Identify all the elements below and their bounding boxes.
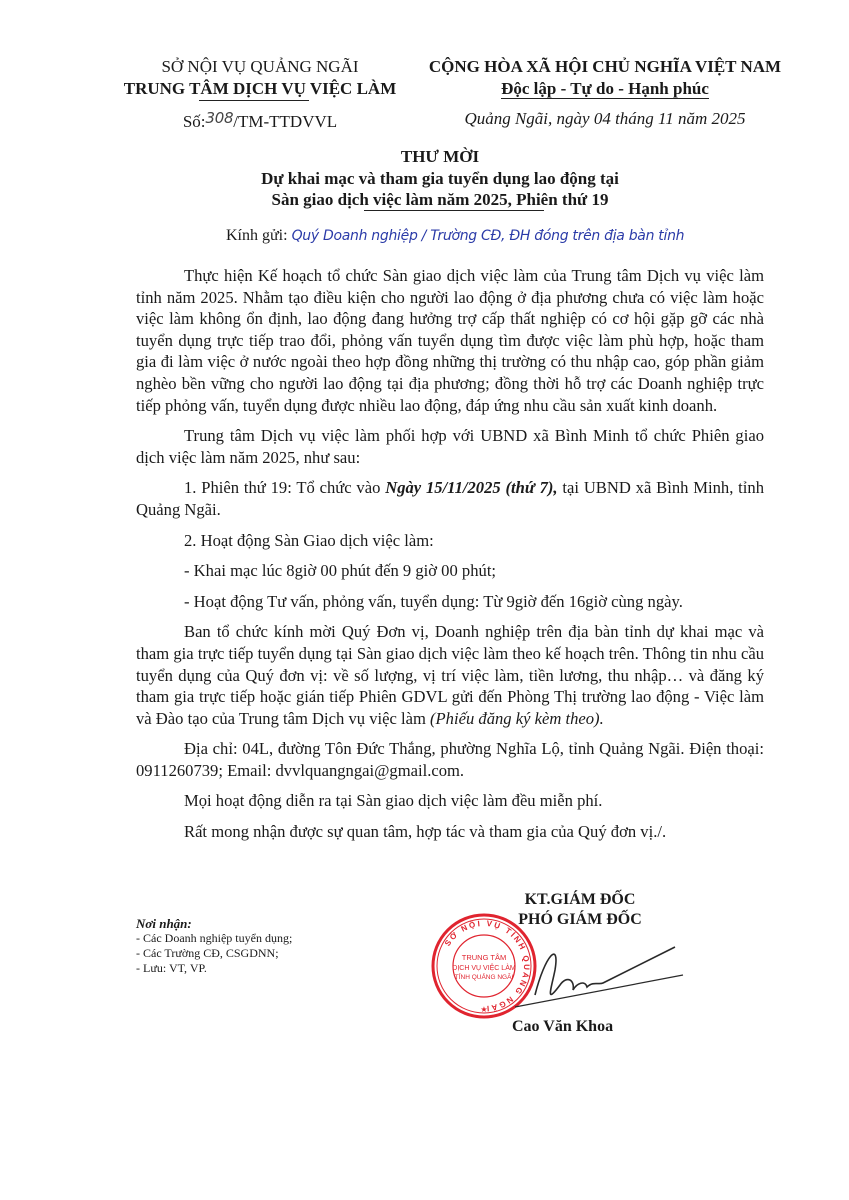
activity-opening: - Khai mạc lúc 8giờ 00 phút đến 9 giờ 00… [136,560,764,582]
document-type: THƯ MỜI [150,146,730,168]
recipients-list: Nơi nhận: - Các Doanh nghiệp tuyển dụng;… [136,916,416,976]
issuing-agency-block: SỞ NỘI VỤ QUẢNG NGÃI TRUNG TÂM DỊCH VỤ V… [100,56,420,133]
number-handwritten: 308 [206,109,234,127]
subject-underline [364,210,544,211]
item-activities: 2. Hoạt động Sàn Giao dịch việc làm: [136,530,764,552]
item-session-prefix: 1. Phiên thứ 19: Tổ chức vào [184,478,385,497]
contact-address: Địa chỉ: 04L, đường Tôn Đức Thắng, phườn… [136,738,764,781]
paragraph-free: Mọi hoạt động diễn ra tại Sàn giao dịch … [136,790,764,812]
activity-recruiting: - Hoạt động Tư vấn, phỏng vấn, tuyển dụn… [136,591,764,613]
paragraph-purpose: Thực hiện Kế hoạch tổ chức Sàn giao dịch… [136,265,764,416]
recipient-item: - Các Trường CĐ, CSGDNN; [136,946,416,961]
svg-text:DỊCH VỤ VIỆC LÀM: DỊCH VỤ VIỆC LÀM [452,963,516,972]
recipient-item: - Lưu: VT, VP. [136,961,416,976]
recipients-title: Nơi nhận: [136,916,416,931]
signer-name: Cao Văn Khoa [512,1018,613,1036]
recipient-item: - Các Doanh nghiệp tuyển dụng; [136,931,416,946]
svg-text:TỈNH QUẢNG NGÃI: TỈNH QUẢNG NGÃI [455,972,514,981]
agency-name-text: TRUNG TÂM DỊCH VỤ VIỆC LÀM [124,80,397,98]
paragraph-organizer: Trung tâm Dịch vụ việc làm phối hợp với … [136,425,764,468]
document-number: Số:308/TM-TTDVVL [100,107,420,133]
svg-text:★: ★ [480,1005,487,1014]
svg-text:TRUNG TÂM: TRUNG TÂM [462,953,506,962]
number-prefix: Số: [183,112,206,131]
letter-body: Thực hiện Kế hoạch tổ chức Sàn giao dịch… [136,265,764,852]
national-motto: Độc lập - Tự do - Hạnh phúc [501,80,709,99]
subject-line-1: Dự khai mạc và tham gia tuyển dụng lao đ… [150,168,730,189]
place-date: Quảng Ngãi, ngày 04 tháng 11 năm 2025 [420,108,790,130]
recipient-label: Kính gửi: [226,227,288,244]
paragraph-closing: Rất mong nhận được sự quan tâm, hợp tác … [136,821,764,843]
recipient-handwritten: Quý Doanh nghiệp / Trường CĐ, ĐH đóng tr… [292,228,685,244]
handwritten-signature-icon [515,935,685,1020]
attachment-note: (Phiếu đăng ký kèm theo). [430,709,604,728]
agency-underline [199,100,309,101]
number-suffix: /TM-TTDVVL [233,112,337,131]
item-session: 1. Phiên thứ 19: Tổ chức vào Ngày 15/11/… [136,477,764,520]
agency-name: TRUNG TÂM DỊCH VỤ VIỆC LÀM [100,78,420,100]
signature-role-1: KT.GIÁM ĐỐC [470,890,690,910]
recipient-line: Kính gửi: Quý Doanh nghiệp / Trường CĐ, … [226,227,684,245]
nation-name: CỘNG HÒA XÃ HỘI CHỦ NGHĨA VIỆT NAM [420,56,790,78]
ministry-name: SỞ NỘI VỤ QUẢNG NGÃI [100,56,420,78]
session-date: Ngày 15/11/2025 (thứ 7), [385,478,557,497]
document-title-block: THƯ MỜI Dự khai mạc và tham gia tuyển dụ… [150,146,730,211]
paragraph-invitation: Ban tổ chức kính mời Quý Đơn vị, Doanh n… [136,621,764,729]
national-header-block: CỘNG HÒA XÃ HỘI CHỦ NGHĨA VIỆT NAM Độc l… [420,56,790,130]
subject-line-2: Sàn giao dịch việc làm năm 2025, Phiên t… [150,189,730,210]
